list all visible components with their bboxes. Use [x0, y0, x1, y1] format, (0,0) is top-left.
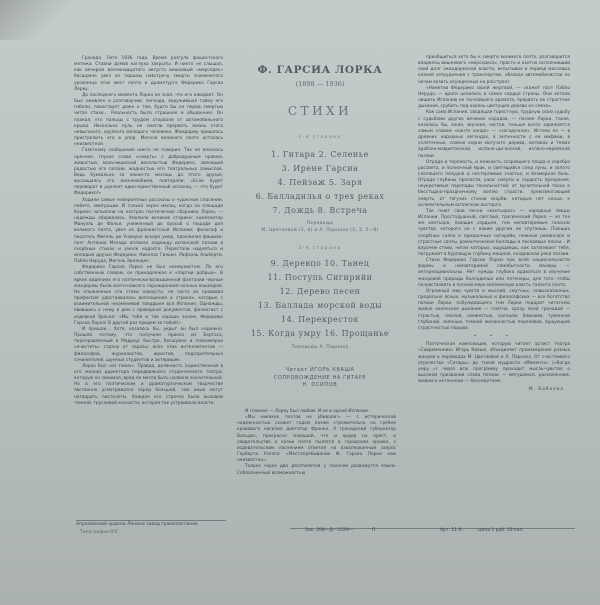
order-letter: П [372, 528, 375, 533]
essay-paragraph: «Мы никаких поэтов не убивали!» — с исте… [237, 415, 396, 464]
essay-paragraph: Как сама Испания, сводящая горестную, тр… [418, 110, 570, 159]
essay-paragraph: Лорка был «из таких». Правда, должность … [74, 364, 223, 407]
track-item: 13. Баллада морской воды [230, 301, 410, 310]
accompaniment-credit: СОПРОВОЖДЕНИЕ НА ГИТАРЕ [230, 375, 410, 381]
track-item: 15. Когда умру 16. Прощанье [230, 329, 410, 338]
signature: М. Бабаева [418, 387, 570, 393]
essay-paragraph: До последнего момента Лорка не знал, что… [74, 93, 223, 148]
essay-paragraph: Газетному сообщению никто не поверил. Та… [74, 148, 223, 197]
essay-paragraph: Гранада. Лето 1936 года. Время разгула ф… [74, 56, 223, 93]
side-2-label: 2-я сторона [230, 246, 410, 251]
track-item: 4. Пейзаж 5. Заря [230, 178, 410, 187]
side-2-translators: Переводы А. Парнаха [230, 345, 410, 350]
essay-paragraph: Так поют свои песни «кантьорос» — народн… [418, 209, 570, 258]
track-item: 3. Ирене Гарсиа [230, 164, 410, 173]
author-name: Ф. ГАРСИА ЛОРКА [230, 64, 410, 76]
side-1-label: 1-я сторона [230, 135, 410, 140]
record-sleeve-back: Гранада. Лето 1936 года. Время разгула ф… [0, 0, 600, 605]
afterword-paragraph: Поэтическая композиция, которую читает а… [418, 342, 570, 385]
essay-paragraph: Отрада и терпкость, и нежность созревшег… [418, 160, 570, 209]
track-item: 14. Перекресток [230, 315, 410, 324]
essay-left-column: Гранада. Лето 1936 года. Время разгула ф… [74, 56, 223, 407]
track-item: 12. Дерево песен [230, 287, 410, 296]
track-item: 1. Гитара 2. Селенье [230, 150, 410, 159]
essay-paragraph: Федерико Гарсиа Лорка не был коммунистом… [74, 265, 223, 327]
essay-paragraph: И пришли... Хотя, казалось бы, укрыт он … [74, 327, 223, 364]
essay-paragraph: Ходили самые невероятные рассказы о чуде… [74, 198, 223, 266]
author-years: (1898 — 1936) [230, 80, 410, 88]
album-title: СТИХИ [230, 104, 410, 118]
footer-rule-left [76, 520, 226, 521]
manufacturer: Апрелевский ордена Ленина завод грамплас… [76, 522, 199, 527]
guitarist-credit: Н. ОСИПОВ [230, 382, 410, 388]
essay-paragraph: «Наметив Федерико своей жертвой, — скаже… [418, 86, 570, 111]
track-item: 7. Дождь 8. Встреча [230, 206, 410, 215]
section-divider-dots: • • • [418, 334, 570, 340]
essay-middle-column: И главное — Лорку был любим. И не в одно… [237, 409, 396, 477]
essay-right-column: приобщиться хотя бы к смерти великого по… [418, 55, 570, 393]
article-number: Арт. 11-6. [440, 528, 463, 533]
order-number: Зак. 208—Д—1029— [305, 528, 353, 533]
printer: Типография ВЗГ. [80, 530, 120, 535]
essay-paragraph: Стихи Федерико Гарсиа Лорки при всей нац… [418, 258, 570, 289]
side-1-translators: М. Цветаевой (1, 4) и А. Парнаха (2, 3, … [230, 228, 410, 233]
essay-paragraph: приобщиться хотя бы к смерти великого по… [418, 55, 570, 86]
essay-paragraph: Огромный мир чувств и мыслей, смутных, н… [418, 289, 570, 332]
side-1-translators-label: Переводы [230, 221, 410, 226]
track-item: 11. Поступь Сигирийи [230, 273, 410, 282]
track-item: 6. Балладилья о трех реках [230, 192, 410, 201]
reader-credit: Читает ИГОРЬ КВАША [230, 367, 410, 373]
track-item: 9. Деревцо 10. Танец [230, 259, 410, 268]
essay-paragraph: Только через два десятилетия у палачей р… [237, 464, 396, 476]
price: Цена 1 руб. 23 коп. [478, 528, 524, 533]
